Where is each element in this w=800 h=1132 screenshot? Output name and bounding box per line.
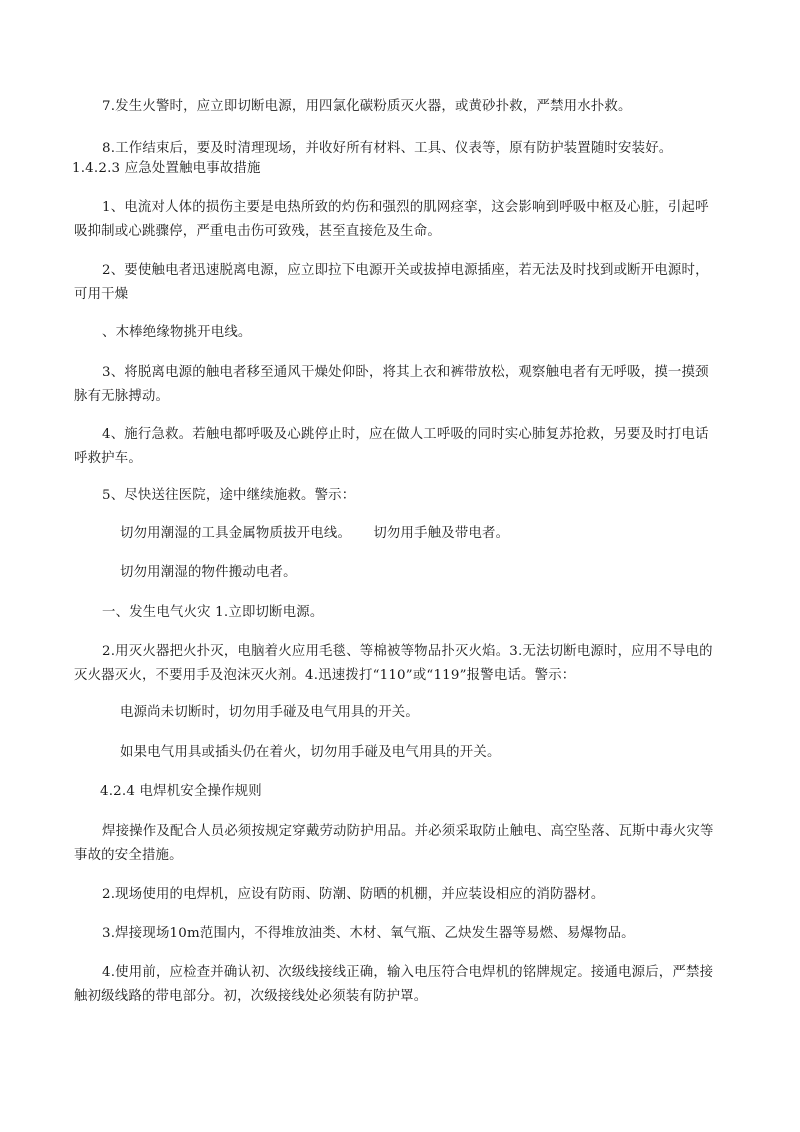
paragraph-welding-2: 2.现场使用的电焊机，应设有防雨、防潮、防晒的机棚，并应装设相应的消防器材。 [74,883,720,907]
paragraph-welding-4: 4.使用前，应检查并确认初、次级线接线正确，输入电压符合电焊机的铭牌规定。接通电… [74,961,720,1009]
section-heading-1423: 1.4.2.3 应急处置触电事故措施 [72,157,718,181]
paragraph-step-1: 1、电流对人体的损伤主要是电热所致的灼伤和强烈的肌网痉挛，这会影响到呼吸中枢及心… [74,196,720,244]
paragraph-step-3: 3、将脱离电源的触电者移至通风干燥处仰卧，将其上衣和裤带放松，观察触电者有无呼吸… [74,361,720,409]
paragraph-step-4: 4、施行急救。若触电都呼吸及心跳停止时，应在做人工呼吸的同时实心肺复苏抢救，另要… [74,423,720,471]
paragraph-step-2: 2、要使触电者迅速脱离电源，应立即拉下电源开关或拔掉电源插座，若无法及时找到或断… [74,259,720,307]
paragraph-welding-1: 焊接操作及配合人员必须按规定穿戴劳动防护用品。并必须采取防止触电、高空坠落、瓦斯… [74,820,720,868]
paragraph-step-2-cont: 、木棒绝缘物挑开电线。 [74,321,720,345]
fire-warning-line-1: 电源尚未切断时，切勿用手碰及电气用具的开关。 [74,701,720,725]
paragraph-welding-3: 3.焊接现场10m范围内，不得堆放油类、木材、氧气瓶、乙炔发生器等易燃、易爆物品… [74,922,720,946]
paragraph-fire-steps-2-4: 2.用灭火器把火扑灭，电脑着火应用毛毯、等棉被等物品扑灭火焰。3.无法切断电源时… [74,640,720,688]
paragraph-fire-alarm: 7.发生火警时，应立即切断电源，用四氯化碳粉质灭火器，或黄砂扑救，严禁用水扑救。 [74,95,720,119]
paragraph-step-5: 5、尽快送往医院，途中继续施救。警示： [74,484,720,508]
section-heading-424: 4.2.4 电焊机安全操作规则 [74,780,720,804]
paragraph-fire-step-1: 一、发生电气火灾 1.立即切断电源。 [74,601,720,625]
warning-line-2: 切勿用潮湿的物件搬动电者。 [74,561,720,585]
fire-warning-line-2: 如果电气用具或插头仍在着火，切勿用手碰及电气用具的开关。 [74,741,720,765]
warning-line-1: 切勿用潮湿的工具金属物质拔开电线。 切勿用手触及带电者。 [74,522,720,546]
